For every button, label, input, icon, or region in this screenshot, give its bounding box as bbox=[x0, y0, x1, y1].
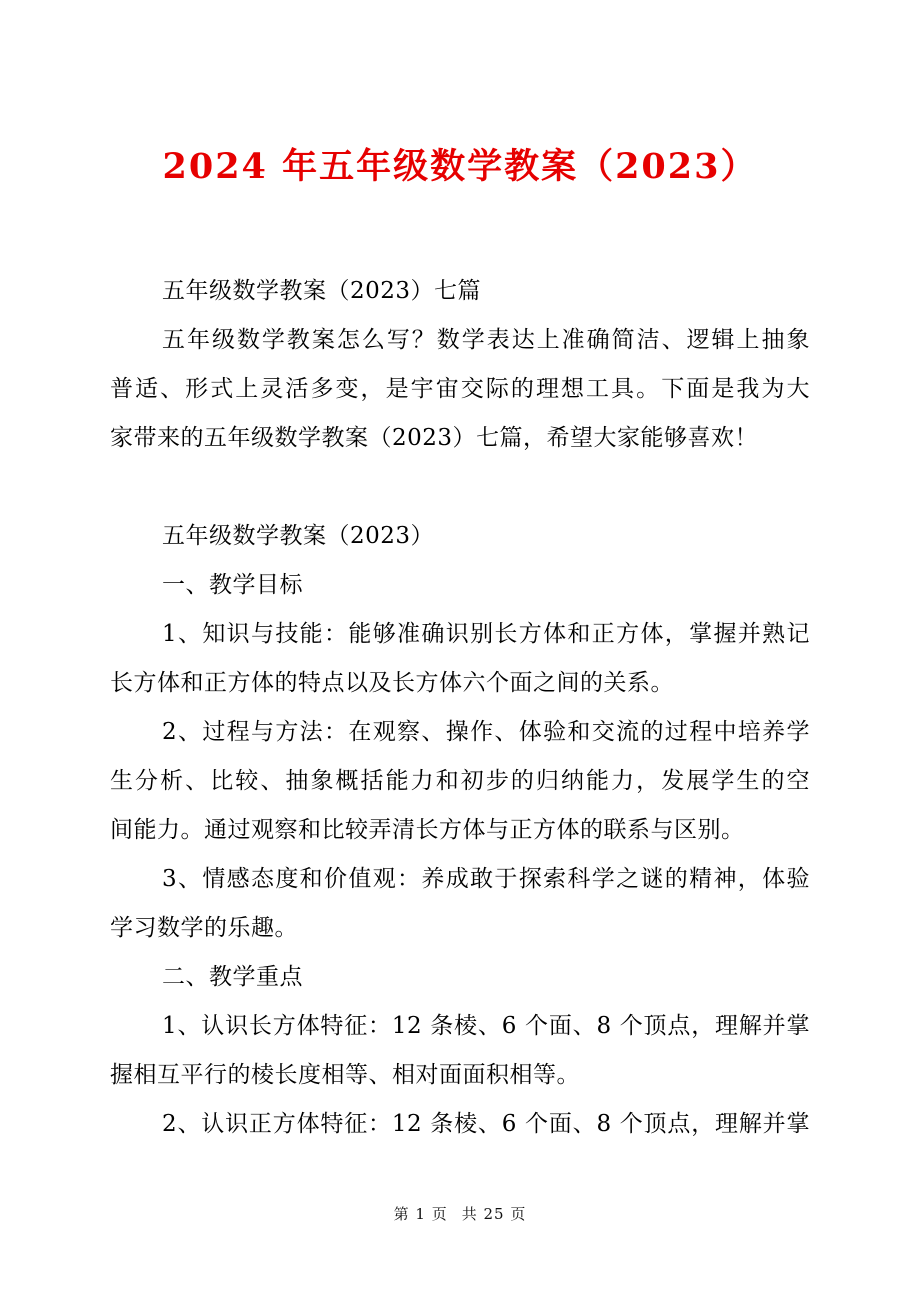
page-number-current: 第 1 页 bbox=[394, 1205, 448, 1223]
paragraph: 2、认识正方体特征：12 条棱、6 个面、8 个顶点，理解并掌 bbox=[110, 1100, 810, 1149]
text-line: 学习数学的乐趣。 bbox=[110, 904, 810, 953]
paragraph: 五年级数学教案（2023） bbox=[110, 512, 810, 561]
paragraph: 3、情感态度和价值观：养成敢于探索科学之谜的精神，体验 学习数学的乐趣。 bbox=[110, 855, 810, 953]
paragraph: 1、知识与技能：能够准确识别长方体和正方体，掌握并熟记 长方体和正方体的特点以及… bbox=[110, 610, 810, 708]
text-line: 3、情感态度和价值观：养成敢于探索科学之谜的精神，体验 bbox=[110, 855, 810, 904]
page-title: 2024 年五年级数学教案（2023） bbox=[0, 144, 920, 190]
paragraph: 一、教学目标 bbox=[110, 561, 810, 610]
page-footer: 第 1 页共 25 页 bbox=[0, 1203, 920, 1224]
text-line: 五年级数学教案（2023） bbox=[110, 512, 810, 561]
text-line: 五年级数学教案（2023）七篇 bbox=[110, 267, 810, 316]
paragraph: 1、认识长方体特征：12 条棱、6 个面、8 个顶点，理解并掌 握相互平行的棱长… bbox=[110, 1002, 810, 1100]
text-line: 握相互平行的棱长度相等、相对面面积相等。 bbox=[110, 1051, 810, 1100]
text-line: 普适、形式上灵活多变，是宇宙交际的理想工具。下面是我为大 bbox=[110, 365, 810, 414]
text-line: 生分析、比较、抽象概括能力和初步的归纳能力，发展学生的空 bbox=[110, 757, 810, 806]
document-body: 五年级数学教案（2023）七篇 五年级数学教案怎么写？数学表达上准确简洁、逻辑上… bbox=[110, 267, 810, 1149]
text-line: 2、认识正方体特征：12 条棱、6 个面、8 个顶点，理解并掌 bbox=[110, 1100, 810, 1149]
text-line: 一、教学目标 bbox=[110, 561, 810, 610]
text-line: 1、知识与技能：能够准确识别长方体和正方体，掌握并熟记 bbox=[110, 610, 810, 659]
paragraph: 二、教学重点 bbox=[110, 953, 810, 1002]
text-line: 1、认识长方体特征：12 条棱、6 个面、8 个顶点，理解并掌 bbox=[110, 1002, 810, 1051]
paragraph: 五年级数学教案怎么写？数学表达上准确简洁、逻辑上抽象 普适、形式上灵活多变，是宇… bbox=[110, 316, 810, 463]
text-line: 家带来的五年级数学教案（2023）七篇，希望大家能够喜欢！ bbox=[110, 414, 810, 463]
text-line: 2、过程与方法：在观察、操作、体验和交流的过程中培养学 bbox=[110, 708, 810, 757]
paragraph: 五年级数学教案（2023）七篇 bbox=[110, 267, 810, 316]
document-page: 2024 年五年级数学教案（2023） 五年级数学教案（2023）七篇 五年级数… bbox=[0, 0, 920, 1302]
text-line: 五年级数学教案怎么写？数学表达上准确简洁、逻辑上抽象 bbox=[110, 316, 810, 365]
text-line: 二、教学重点 bbox=[110, 953, 810, 1002]
paragraph: 2、过程与方法：在观察、操作、体验和交流的过程中培养学 生分析、比较、抽象概括能… bbox=[110, 708, 810, 855]
page-number-total: 共 25 页 bbox=[462, 1205, 527, 1223]
text-line: 长方体和正方体的特点以及长方体六个面之间的关系。 bbox=[110, 659, 810, 708]
text-line: 间能力。通过观察和比较弄清长方体与正方体的联系与区别。 bbox=[110, 806, 810, 855]
